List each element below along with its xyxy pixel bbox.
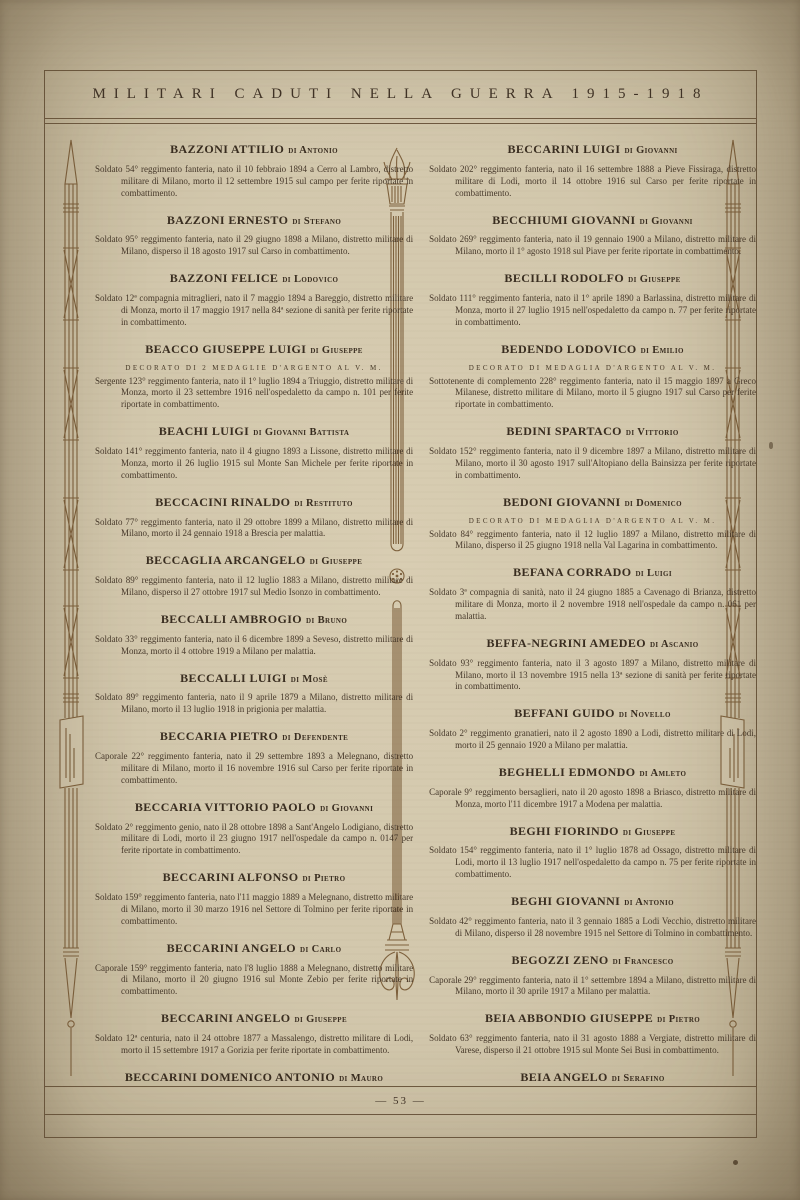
soldier-entry: BEGOZZI ZENO di Francesco Caporale 29° r…: [429, 951, 756, 999]
soldier-patronymic: di Antonio: [288, 145, 338, 156]
soldier-name: BEDONI GIOVANNI: [503, 495, 620, 509]
soldier-name: BEGHI FIORINDO: [510, 824, 619, 838]
soldier-name: BEDINI SPARTACO: [506, 424, 621, 438]
soldier-record-text: Sergente 123° reggimento fanteria, nato …: [95, 376, 413, 412]
soldier-entry: BEDONI GIOVANNI di Domenico DECORATO DI …: [429, 493, 756, 553]
soldier-entry: BEFFANI GUIDO di Novello Soldato 2° regg…: [429, 704, 756, 752]
left-column: BAZZONI ATTILIO di Antonio Soldato 54° r…: [45, 136, 413, 1082]
soldier-entry: BECCAGLIA ARCANGELO di Giuseppe Soldato …: [95, 551, 413, 599]
soldier-name: BECCAGLIA ARCANGELO: [146, 553, 306, 567]
soldier-name: BECCARIA VITTORIO PAOLO: [135, 800, 316, 814]
soldier-patronymic: di Giovanni Battista: [253, 427, 349, 438]
soldier-entry: BECCARIA PIETRO di Defendente Caporale 2…: [95, 727, 413, 787]
soldier-patronymic: di Giuseppe: [623, 827, 676, 838]
soldier-entry-heading: BEDONI GIOVANNI di Domenico: [429, 493, 756, 512]
soldier-patronymic: di Pietro: [657, 1014, 700, 1025]
soldier-name: BEFFA-NEGRINI AMEDEO: [487, 636, 646, 650]
soldier-entry-heading: BEFFANI GUIDO di Novello: [429, 704, 756, 723]
soldier-entry-heading: BAZZONI FELICE di Lodovico: [95, 269, 413, 288]
soldier-entry-heading: BEGHI FIORINDO di Giuseppe: [429, 822, 756, 841]
soldier-patronymic: di Giovanni: [320, 803, 373, 814]
soldier-record-text: Soldato 159° reggimento fanteria, nato l…: [95, 892, 413, 928]
soldier-patronymic: di Mauro: [339, 1073, 383, 1082]
soldier-entry: BEDINI SPARTACO di Vittorio Soldato 152°…: [429, 422, 756, 482]
soldier-record-text: Soldato 202° reggimento fanteria, nato i…: [429, 164, 756, 200]
soldier-entry: BAZZONI ERNESTO di Stefano Soldato 95° r…: [95, 211, 413, 259]
soldier-entry: BECILLI RODOLFO di Giuseppe Soldato 111°…: [429, 269, 756, 329]
soldier-record-text: Soldato 2° reggimento granatieri, nato i…: [429, 728, 756, 752]
soldier-entry: BEFFA-NEGRINI AMEDEO di Ascanio Soldato …: [429, 634, 756, 694]
soldier-entry: BECCARIA VITTORIO PAOLO di Giovanni Sold…: [95, 798, 413, 858]
soldier-name: BECCARINI ANGELO: [161, 1011, 290, 1025]
soldier-entry-heading: BECCACINI RINALDO di Restituto: [95, 493, 413, 512]
soldier-patronymic: di Luigi: [635, 568, 672, 579]
right-column: BECCARINI LUIGI di Giovanni Soldato 202°…: [429, 136, 756, 1082]
soldier-record-text: Soldato 2° reggimento genio, nato il 28 …: [95, 822, 413, 858]
soldier-name: BAZZONI ERNESTO: [167, 213, 288, 227]
soldier-entry-heading: BEGHELLI EDMONDO di Amleto: [429, 763, 756, 782]
soldier-name: BEGHI GIOVANNI: [511, 894, 620, 908]
soldier-entry-heading: BEIA ABBONDIO GIUSEPPE di Pietro: [429, 1009, 756, 1028]
soldier-name: BEIA ABBONDIO GIUSEPPE: [485, 1011, 653, 1025]
page-header: MILITARI CADUTI NELLA GUERRA 1915-1918: [45, 71, 756, 119]
soldier-entry-heading: BEFANA CORRADO di Luigi: [429, 563, 756, 582]
soldier-name: BECCALLI AMBROGIO: [161, 612, 302, 626]
soldier-patronymic: di Domenico: [625, 498, 682, 509]
soldier-name: BECCALLI LUIGI: [180, 671, 287, 685]
soldier-entry-heading: BEDINI SPARTACO di Vittorio: [429, 422, 756, 441]
soldier-record-text: Caporale 159° reggimento fanteria, nato …: [95, 963, 413, 999]
soldier-entry: BAZZONI FELICE di Lodovico Soldato 12ª c…: [95, 269, 413, 329]
soldier-name: BECCARINI LUIGI: [507, 142, 620, 156]
soldier-name: BEIA ANGELO: [520, 1070, 607, 1082]
soldier-record-text: Soldato 152° reggimento fanteria, nato i…: [429, 446, 756, 482]
soldier-patronymic: di Emilio: [641, 345, 684, 356]
soldier-name: BEFANA CORRADO: [513, 565, 631, 579]
soldier-entry: BEFANA CORRADO di Luigi Soldato 3ª compa…: [429, 563, 756, 623]
soldier-entry-heading: BAZZONI ATTILIO di Antonio: [95, 140, 413, 159]
soldier-name: BAZZONI FELICE: [170, 271, 279, 285]
soldier-record-text: Soldato 54° reggimento fanteria, nato il…: [95, 164, 413, 200]
soldier-entry: BECCACINI RINALDO di Restituto Soldato 7…: [95, 493, 413, 541]
soldier-record-text: Soldato 111° reggimento fanteria, nato i…: [429, 293, 756, 329]
soldier-entry-heading: BECCAGLIA ARCANGELO di Giuseppe: [95, 551, 413, 570]
soldier-entry-heading: BEGHI GIOVANNI di Antonio: [429, 892, 756, 911]
two-column-content: BAZZONI ATTILIO di Antonio Soldato 54° r…: [45, 136, 756, 1082]
soldier-patronymic: di Stefano: [292, 216, 341, 227]
soldier-record-text: Soldato 3ª compagnia di sanità, nato il …: [429, 587, 756, 623]
soldier-record-text: Sottotenente di complemento 228° reggime…: [429, 376, 756, 412]
soldier-record-text: Soldato 95° reggimento fanteria, nato il…: [95, 234, 413, 258]
soldier-record-text: Soldato 77° reggimento fanteria, nato il…: [95, 517, 413, 541]
soldier-record-text: Soldato 84° reggimento fanteria, nato il…: [429, 529, 756, 553]
soldier-entry: BECCARINI ALFONSO di Pietro Soldato 159°…: [95, 868, 413, 928]
soldier-entry: BEACCO GIUSEPPE LUIGI di Giuseppe DECORA…: [95, 340, 413, 412]
soldier-entry-heading: BECCHIUMI GIOVANNI di Giovanni: [429, 211, 756, 230]
soldier-patronymic: di Serafino: [612, 1073, 665, 1082]
soldier-entry-heading: BECCARIA PIETRO di Defendente: [95, 727, 413, 746]
soldier-patronymic: di Giovanni: [640, 216, 693, 227]
page-footer: — 53 —: [44, 1086, 757, 1115]
soldier-record-text: Soldato 33° reggimento fanteria, nato il…: [95, 634, 413, 658]
decoration-citation: DECORATO DI 2 MEDAGLIE D'ARGENTO AL V. M…: [95, 364, 413, 372]
soldier-name: BAZZONI ATTILIO: [170, 142, 284, 156]
soldier-record-text: Soldato 12ª compagnia mitraglieri, nato …: [95, 293, 413, 329]
soldier-entry-heading: BECCARINI LUIGI di Giovanni: [429, 140, 756, 159]
soldier-record-text: Soldato 63° reggimento fanteria, nato il…: [429, 1033, 756, 1057]
soldier-name: BECCARINI DOMENICO ANTONIO: [125, 1070, 335, 1082]
soldier-record-text: Soldato 154° reggimento fanteria, nato i…: [429, 845, 756, 881]
double-rule: [44, 123, 757, 124]
soldier-record-text: Soldato 93° reggimento fanteria, nato il…: [429, 658, 756, 694]
soldier-patronymic: di Carlo: [300, 944, 341, 955]
soldier-patronymic: di Francesco: [613, 956, 674, 967]
soldier-entry-heading: BECCARINI ANGELO di Giuseppe: [95, 1009, 413, 1028]
soldier-entry: BEIA ABBONDIO GIUSEPPE di Pietro Soldato…: [429, 1009, 756, 1057]
soldier-patronymic: di Bruno: [306, 615, 347, 626]
soldier-patronymic: di Novello: [619, 709, 671, 720]
soldier-record-text: Soldato 141° reggimento fanteria, nato i…: [95, 446, 413, 482]
soldier-entry-heading: BECCARINI ANGELO di Carlo: [95, 939, 413, 958]
soldier-name: BECCARINI ANGELO: [167, 941, 296, 955]
soldier-patronymic: di Vittorio: [626, 427, 679, 438]
soldier-entry-heading: BECCARINI DOMENICO ANTONIO di Mauro: [95, 1068, 413, 1082]
soldier-entry-heading: BEDENDO LODOVICO di Emilio: [429, 340, 756, 359]
soldier-name: BEFFANI GUIDO: [514, 706, 615, 720]
soldier-name: BEGHELLI EDMONDO: [499, 765, 636, 779]
soldier-patronymic: di Amleto: [639, 768, 686, 779]
soldier-patronymic: di Giovanni: [624, 145, 677, 156]
soldier-name: BEDENDO LODOVICO: [501, 342, 636, 356]
soldier-record-text: Caporale 9° reggimento bersaglieri, nato…: [429, 787, 756, 811]
soldier-entry: BECCARINI LUIGI di Giovanni Soldato 202°…: [429, 140, 756, 200]
soldier-patronymic: di Giuseppe: [310, 556, 363, 567]
soldier-patronymic: di Restituto: [294, 498, 352, 509]
paper-speck: [733, 1160, 738, 1165]
soldier-patronymic: di Defendente: [282, 732, 348, 743]
soldier-patronymic: di Giuseppe: [628, 274, 681, 285]
soldier-record-text: Soldato 42° reggimento fanteria, nato il…: [429, 916, 756, 940]
soldier-patronymic: di Mosè: [291, 674, 328, 685]
soldier-entry: BEDENDO LODOVICO di Emilio DECORATO DI M…: [429, 340, 756, 412]
soldier-entry: BEGHI FIORINDO di Giuseppe Soldato 154° …: [429, 822, 756, 882]
soldier-entry-heading: BECCALLI AMBROGIO di Bruno: [95, 610, 413, 629]
soldier-entry-heading: BEIA ANGELO di Serafino: [429, 1068, 756, 1082]
soldier-name: BECCACINI RINALDO: [155, 495, 290, 509]
soldier-record-text: Soldato 269° reggimento fanteria, nato i…: [429, 234, 756, 258]
soldier-entry-heading: BEFFA-NEGRINI AMEDEO di Ascanio: [429, 634, 756, 653]
soldier-entry-heading: BECCARINI ALFONSO di Pietro: [95, 868, 413, 887]
soldier-record-text: Soldato 89° reggimento fanteria, nato il…: [95, 575, 413, 599]
soldier-entry: BECCARINI ANGELO di Carlo Caporale 159° …: [95, 939, 413, 999]
paper-speck: [769, 442, 773, 449]
soldier-entry-heading: BEACHI LUIGI di Giovanni Battista: [95, 422, 413, 441]
page-number: — 53 —: [375, 1095, 426, 1107]
soldier-name: BECCHIUMI GIOVANNI: [492, 213, 635, 227]
scanned-book-page: MILITARI CADUTI NELLA GUERRA 1915-1918 B…: [0, 0, 800, 1200]
soldier-entry-heading: BEGOZZI ZENO di Francesco: [429, 951, 756, 970]
soldier-entry-heading: BECCARIA VITTORIO PAOLO di Giovanni: [95, 798, 413, 817]
page-title: MILITARI CADUTI NELLA GUERRA 1915-1918: [92, 86, 708, 103]
soldier-entry: BEGHI GIOVANNI di Antonio Soldato 42° re…: [429, 892, 756, 940]
soldier-patronymic: di Lodovico: [282, 274, 338, 285]
soldier-entry-heading: BEACCO GIUSEPPE LUIGI di Giuseppe: [95, 340, 413, 359]
soldier-record-text: Caporale 29° reggimento fanteria, nato i…: [429, 975, 756, 999]
soldier-record-text: Caporale 22° reggimento fanteria, nato i…: [95, 751, 413, 787]
soldier-entry: BECCARINI ANGELO di Giuseppe Soldato 12ª…: [95, 1009, 413, 1057]
soldier-name: BEACHI LUIGI: [159, 424, 250, 438]
soldier-entry: BEGHELLI EDMONDO di Amleto Caporale 9° r…: [429, 763, 756, 811]
soldier-name: BECILLI RODOLFO: [504, 271, 624, 285]
soldier-patronymic: di Antonio: [624, 897, 674, 908]
soldier-entry: BEACHI LUIGI di Giovanni Battista Soldat…: [95, 422, 413, 482]
soldier-entry: BEIA ANGELO di Serafino Soldato 14° regg…: [429, 1068, 756, 1082]
soldier-record-text: Soldato 89° reggimento fanteria, nato il…: [95, 692, 413, 716]
decoration-citation: DECORATO DI MEDAGLIA D'ARGENTO AL V. M.: [429, 517, 756, 525]
soldier-entry: BECCALLI AMBROGIO di Bruno Soldato 33° r…: [95, 610, 413, 658]
soldier-patronymic: di Giuseppe: [294, 1014, 347, 1025]
soldier-record-text: Soldato 12ª centuria, nato il 24 ottobre…: [95, 1033, 413, 1057]
decoration-citation: DECORATO DI MEDAGLIA D'ARGENTO AL V. M.: [429, 364, 756, 372]
soldier-entry-heading: BECCALLI LUIGI di Mosè: [95, 669, 413, 688]
soldier-entry-heading: BECILLI RODOLFO di Giuseppe: [429, 269, 756, 288]
soldier-patronymic: di Giuseppe: [310, 345, 363, 356]
soldier-entry: BECCHIUMI GIOVANNI di Giovanni Soldato 2…: [429, 211, 756, 259]
page-border-frame: MILITARI CADUTI NELLA GUERRA 1915-1918 B…: [44, 70, 757, 1138]
soldier-name: BECCARIA PIETRO: [160, 729, 278, 743]
soldier-name: BEGOZZI ZENO: [512, 953, 609, 967]
soldier-patronymic: di Ascanio: [650, 639, 699, 650]
soldier-entry-heading: BAZZONI ERNESTO di Stefano: [95, 211, 413, 230]
soldier-name: BEACCO GIUSEPPE LUIGI: [145, 342, 306, 356]
soldier-entry: BAZZONI ATTILIO di Antonio Soldato 54° r…: [95, 140, 413, 200]
soldier-patronymic: di Pietro: [302, 873, 345, 884]
soldier-entry: BECCALLI LUIGI di Mosè Soldato 89° reggi…: [95, 669, 413, 717]
soldier-name: BECCARINI ALFONSO: [163, 870, 299, 884]
soldier-entry: BECCARINI DOMENICO ANTONIO di Mauro Sold…: [95, 1068, 413, 1082]
